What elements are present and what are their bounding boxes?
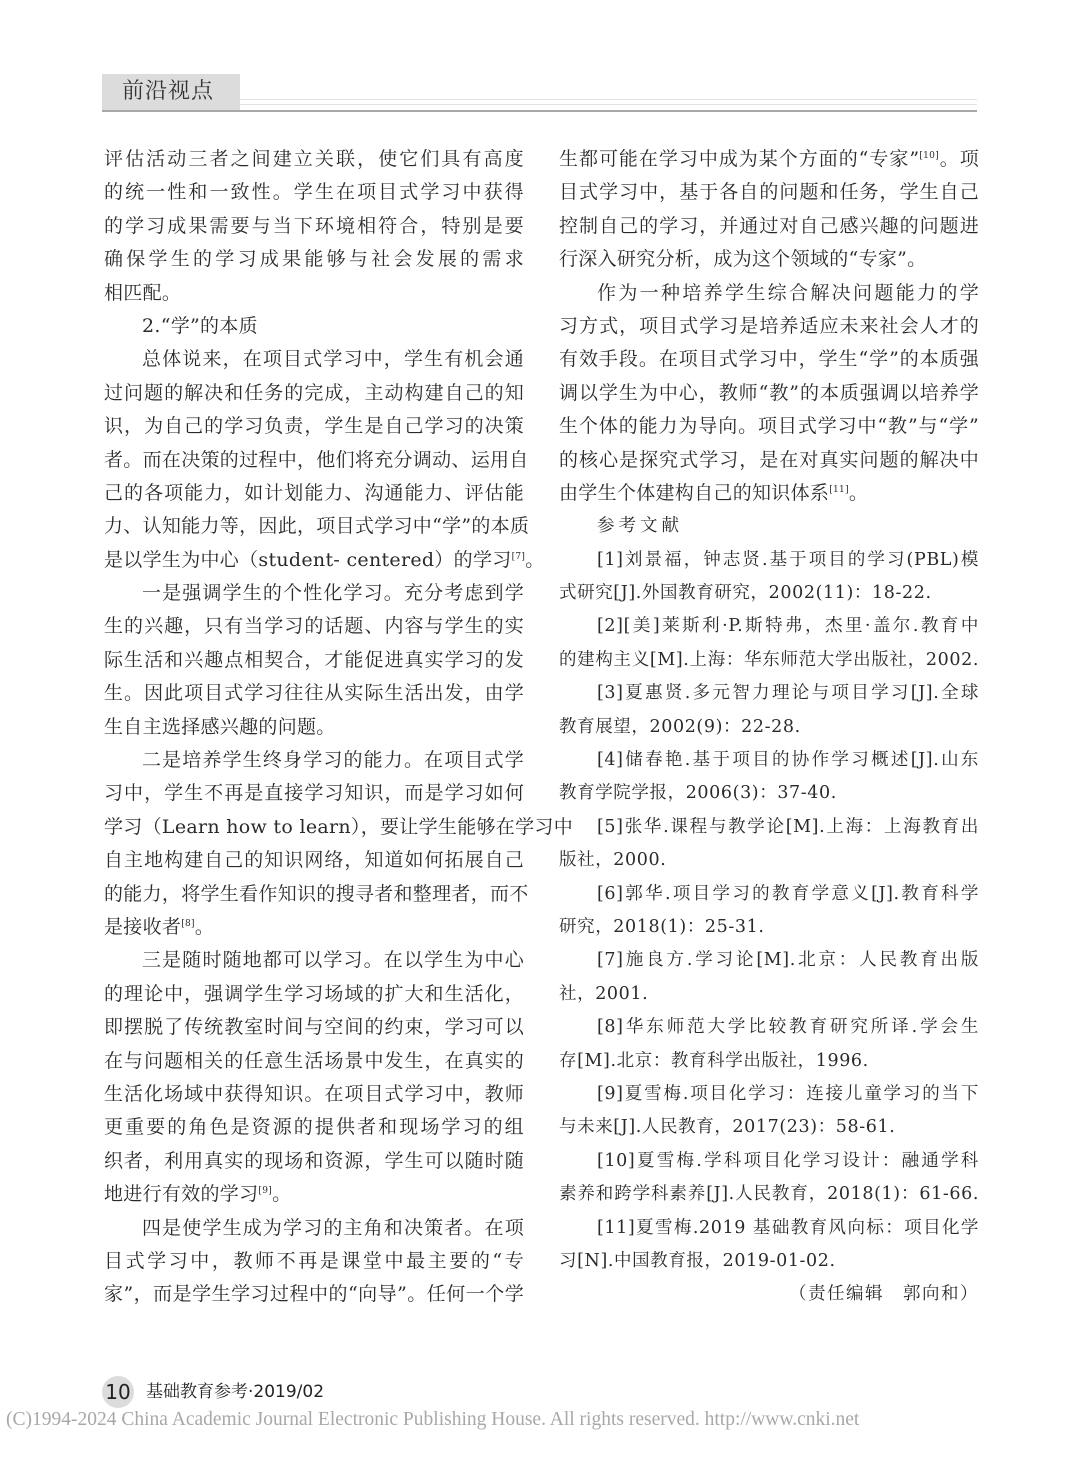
text-line: 评估活动三者之间建立关联，使它们具有高度 bbox=[104, 143, 524, 176]
text-line: 生个体的能力为导向。项目式学习中“教”与“学” bbox=[559, 410, 979, 443]
text-run: 地进行有效的学习 bbox=[104, 1183, 258, 1205]
text-run: 由学生个体建构自己的知识体系 bbox=[559, 482, 829, 504]
text-line: 是以学生为中心（student- centered）的学习[7]。 bbox=[104, 544, 524, 577]
text-line: 是接收者[8]。 bbox=[104, 911, 524, 944]
reference-line: [2][美]莱斯利·P.斯特弗，杰里·盖尔.教育中 bbox=[559, 610, 979, 643]
subsection-heading: 2.“学”的本质 bbox=[104, 310, 524, 343]
text-line: 总体说来，在项目式学习中，学生有机会通 bbox=[104, 343, 524, 376]
text-line: 者。而在决策的过程中，他们将充分调动、运用自 bbox=[104, 444, 524, 477]
text-line: 生都可能在学习中成为某个方面的“专家”[10]。项 bbox=[559, 143, 979, 176]
text-run: 是以学生为中心（student- centered）的学习 bbox=[104, 549, 512, 571]
reference-line: [9]夏雪梅.项目化学习：连接儿童学习的当下 bbox=[559, 1078, 979, 1111]
reference-line: 社，2001. bbox=[559, 978, 979, 1011]
reference-item: [8]华东师范大学比较教育研究所译.学会生 存[M].北京：教育科学出版社，19… bbox=[559, 1011, 979, 1078]
reference-item: [5]张华.课程与教学论[M].上海：上海教育出 版社，2000. bbox=[559, 811, 979, 878]
text-line: 由学生个体建构自己的知识体系[11]。 bbox=[559, 477, 979, 510]
reference-line: 研究，2018(1)：25-31. bbox=[559, 911, 979, 944]
reference-line: [7]施良方.学习论[M].北京：人民教育出版 bbox=[559, 944, 979, 977]
reference-line: 教育学院学报，2006(3)：37-40. bbox=[559, 777, 979, 810]
text-line: 目式学习中，基于各自的问题和任务，学生自己 bbox=[559, 176, 979, 209]
reference-line: [1]刘景福，钟志贤.基于项目的学习(PBL)模 bbox=[559, 544, 979, 577]
text-line: 相匹配。 bbox=[104, 277, 524, 310]
reference-item: [3]夏惠贤.多元智力理论与项目学习[J].全球 教育展望，2002(9)：22… bbox=[559, 677, 979, 744]
reference-item: [4]储春艳.基于项目的协作学习概述[J].山东 教育学院学报，2006(3)：… bbox=[559, 744, 979, 811]
reference-line: 的建构主义[M].上海：华东师范大学出版社，2002. bbox=[559, 644, 979, 677]
text-line: 过问题的解决和任务的完成，主动构建自己的知 bbox=[104, 377, 524, 410]
text-line: 一是强调学生的个性化学习。充分考虑到学 bbox=[104, 577, 524, 610]
text-line: 生自主选择感兴趣的问题。 bbox=[104, 711, 524, 744]
reference-line: [3]夏惠贤.多元智力理论与项目学习[J].全球 bbox=[559, 677, 979, 710]
text-line: 行深入研究分析，成为这个领域的“专家”。 bbox=[559, 243, 979, 276]
responsible-editor: （责任编辑 郭向和） bbox=[559, 1278, 979, 1311]
text-line: 织者，利用真实的现场和资源，学生可以随时随 bbox=[104, 1145, 524, 1178]
citation-7[interactable]: [7] bbox=[512, 552, 526, 562]
reference-line: [4]储春艳.基于项目的协作学习概述[J].山东 bbox=[559, 744, 979, 777]
reference-line: 与未来[J].人民教育，2017(23)：58-61. bbox=[559, 1111, 979, 1144]
citation-11[interactable]: [11] bbox=[829, 485, 849, 495]
text-line: 地进行有效的学习[9]。 bbox=[104, 1178, 524, 1211]
text-line: 调以学生为中心，教师“教”的本质强调以培养学 bbox=[559, 377, 979, 410]
text-line: 家”，而是学生学习过程中的“向导”。任何一个学 bbox=[104, 1278, 524, 1311]
reference-line: [10]夏雪梅.学科项目化学习设计：融通学科 bbox=[559, 1145, 979, 1178]
page-number: 10 bbox=[102, 1376, 134, 1408]
reference-item: [6]郭华.项目学习的教育学意义[J].教育科学 研究，2018(1)：25-3… bbox=[559, 878, 979, 945]
citation-9[interactable]: [9] bbox=[258, 1186, 272, 1196]
section-header: 前沿视点 bbox=[102, 74, 977, 112]
text-line: 自主地构建自己的知识网络，知道如何拓展自己 bbox=[104, 844, 524, 877]
reference-line: 习[N].中国教育报，2019-01-02. bbox=[559, 1245, 979, 1278]
header-divider bbox=[240, 99, 977, 100]
text-line: 习方式，项目式学习是培养适应未来社会人才的 bbox=[559, 310, 979, 343]
text-line: 即摆脱了传统教室时间与空间的约束，学习可以 bbox=[104, 1011, 524, 1044]
text-line: 学习（Learn how to learn），要让学生能够在学习中 bbox=[104, 811, 524, 844]
text-line: 己的各项能力，如计划能力、沟通能力、评估能 bbox=[104, 477, 524, 510]
text-line: 的学习成果需要与当下环境相符合，特别是要 bbox=[104, 210, 524, 243]
references-heading: 参考文献 bbox=[559, 510, 979, 543]
punctuation: 。 bbox=[272, 1183, 291, 1205]
punctuation: 。 bbox=[849, 482, 868, 504]
text-line: 力、认知能力等，因此，项目式学习中“学”的本质 bbox=[104, 510, 524, 543]
reference-item: [9]夏雪梅.项目化学习：连接儿童学习的当下 与未来[J].人民教育，2017(… bbox=[559, 1078, 979, 1145]
text-run: 是接收者 bbox=[104, 916, 181, 938]
text-line: 识，为自己的学习负责，学生是自己学习的决策 bbox=[104, 410, 524, 443]
text-line: 的核心是探究式学习，是在对真实问题的解决中 bbox=[559, 444, 979, 477]
text-line: 作为一种培养学生综合解决问题能力的学 bbox=[559, 277, 979, 310]
reference-line: [5]张华.课程与教学论[M].上海：上海教育出 bbox=[559, 811, 979, 844]
punctuation: 。 bbox=[525, 549, 544, 571]
citation-8[interactable]: [8] bbox=[181, 919, 195, 929]
text-line: 习中，学生不再是直接学习知识，而是学习如何 bbox=[104, 777, 524, 810]
reference-line: [11]夏雪梅.2019 基础教育风向标：项目化学 bbox=[559, 1212, 979, 1245]
text-run: 生都可能在学习中成为某个方面的“专家” bbox=[559, 148, 919, 170]
reference-item: [1]刘景福，钟志贤.基于项目的学习(PBL)模 式研究[J].外国教育研究，2… bbox=[559, 544, 979, 611]
text-line: 有效手段。在项目式学习中，学生“学”的本质强 bbox=[559, 343, 979, 376]
reference-item: [7]施良方.学习论[M].北京：人民教育出版 社，2001. bbox=[559, 944, 979, 1011]
reference-line: 素养和跨学科素养[J].人民教育，2018(1)：61-66. bbox=[559, 1178, 979, 1211]
section-title: 前沿视点 bbox=[102, 74, 240, 110]
text-run: 。项 bbox=[939, 148, 979, 170]
reference-item: [10]夏雪梅.学科项目化学习设计：融通学科 素养和跨学科素养[J].人民教育，… bbox=[559, 1145, 979, 1212]
reference-item: [2][美]莱斯利·P.斯特弗，杰里·盖尔.教育中 的建构主义[M].上海：华东… bbox=[559, 610, 979, 677]
reference-line: 存[M].北京：教育科学出版社，1996. bbox=[559, 1045, 979, 1078]
reference-line: 式研究[J].外国教育研究，2002(11)：18-22. bbox=[559, 577, 979, 610]
text-line: 生的兴趣，只有当学习的话题、内容与学生的实 bbox=[104, 610, 524, 643]
reference-line: 版社，2000. bbox=[559, 844, 979, 877]
text-line: 的统一性和一致性。学生在项目式学习中获得 bbox=[104, 176, 524, 209]
text-line: 的理论中，强调学生学习场域的扩大和生活化， bbox=[104, 978, 524, 1011]
header-divider bbox=[240, 104, 977, 105]
copyright-notice: (C)1994-2024 China Academic Journal Elec… bbox=[6, 1409, 1080, 1431]
punctuation: 。 bbox=[195, 916, 214, 938]
journal-issue: 基础教育参考·2019/02 bbox=[146, 1376, 324, 1408]
text-line: 四是使学生成为学习的主角和决策者。在项 bbox=[104, 1212, 524, 1245]
reference-line: [6]郭华.项目学习的教育学意义[J].教育科学 bbox=[559, 878, 979, 911]
text-line: 在与问题相关的任意生活场景中发生，在真实的 bbox=[104, 1045, 524, 1078]
text-line: 更重要的角色是资源的提供者和现场学习的组 bbox=[104, 1111, 524, 1144]
reference-line: 教育展望，2002(9)：22-28. bbox=[559, 711, 979, 744]
text-line: 生活化场域中获得知识。在项目式学习中，教师 bbox=[104, 1078, 524, 1111]
header-rule bbox=[102, 110, 977, 112]
text-line: 生。因此项目式学习往往从实际生活出发，由学 bbox=[104, 677, 524, 710]
text-line: 控制自己的学习，并通过对自己感兴趣的问题进 bbox=[559, 210, 979, 243]
text-line: 三是随时随地都可以学习。在以学生为中心 bbox=[104, 944, 524, 977]
text-line: 二是培养学生终身学习的能力。在项目式学 bbox=[104, 744, 524, 777]
text-line: 的能力，将学生看作知识的搜寻者和整理者，而不 bbox=[104, 878, 524, 911]
citation-10[interactable]: [10] bbox=[919, 151, 939, 161]
left-column: 评估活动三者之间建立关联，使它们具有高度 的统一性和一致性。学生在项目式学习中获… bbox=[104, 143, 524, 1312]
text-line: 际生活和兴趣点相契合，才能促进真实学习的发 bbox=[104, 644, 524, 677]
reference-item: [11]夏雪梅.2019 基础教育风向标：项目化学 习[N].中国教育报，201… bbox=[559, 1212, 979, 1279]
text-line: 目式学习中，教师不再是课堂中最主要的“专 bbox=[104, 1245, 524, 1278]
reference-line: [8]华东师范大学比较教育研究所译.学会生 bbox=[559, 1011, 979, 1044]
text-line: 确保学生的学习成果能够与社会发展的需求 bbox=[104, 243, 524, 276]
right-column: 生都可能在学习中成为某个方面的“专家”[10]。项 目式学习中，基于各自的问题和… bbox=[559, 143, 979, 1312]
